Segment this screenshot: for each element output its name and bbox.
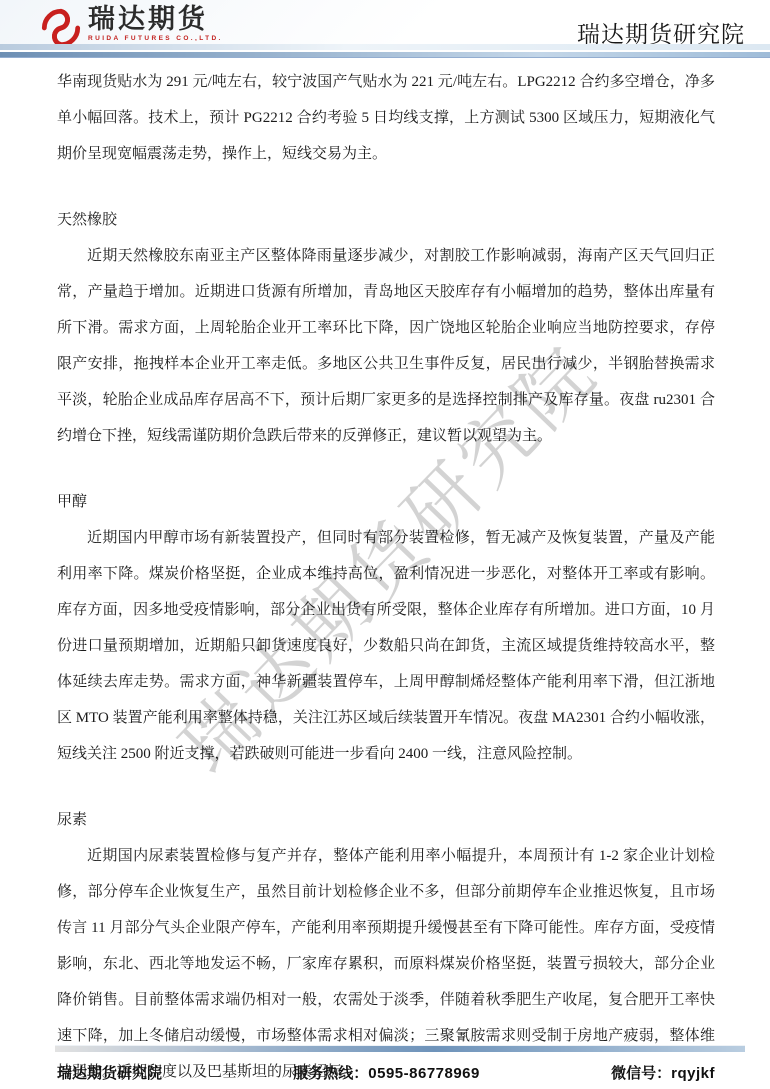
intro-paragraph: 华南现货贴水为 291 元/吨左右，较宁波国产气贴水为 221 元/吨左右。LP… xyxy=(57,64,715,172)
company-logo-icon xyxy=(40,7,82,49)
company-logo: 瑞达期货 RUIDA FUTURES CO.,LTD. xyxy=(40,5,223,49)
section-heading-methanol: 甲醇 xyxy=(57,484,715,520)
company-logo-name: 瑞达期货 xyxy=(88,5,223,33)
section-body-methanol: 近期国内甲醇市场有新装置投产，但同时有部分装置检修，暂无减产及恢复装置，产量及产… xyxy=(57,520,715,772)
header-divider xyxy=(0,44,770,58)
section-methanol: 甲醇 近期国内甲醇市场有新装置投产，但同时有部分装置检修，暂无减产及恢复装置，产… xyxy=(57,484,715,772)
section-natural-rubber: 天然橡胶 近期天然橡胶东南亚主产区整体降雨量逐步减少，对割胶工作影响减弱，海南产… xyxy=(57,202,715,454)
report-page: 瑞达期货 RUIDA FUTURES CO.,LTD. 瑞达期货研究院 瑞达期货… xyxy=(0,0,770,1089)
section-heading-urea: 尿素 xyxy=(57,802,715,838)
section-urea: 尿素 近期国内尿素装置检修与复产并存，整体产能利用率小幅提升，本周预计有 1-2… xyxy=(57,802,715,1089)
header-divider-bottom-band xyxy=(0,52,770,58)
report-body: 华南现货贴水为 291 元/吨左右，较宁波国产气贴水为 221 元/吨左右。LP… xyxy=(57,64,715,1089)
section-body-urea: 近期国内尿素装置检修与复产并存，整体产能利用率小幅提升，本周预计有 1-2 家企… xyxy=(57,838,715,1089)
section-body-natural-rubber: 近期天然橡胶东南亚主产区整体降雨量逐步减少，对割胶工作影响减弱，海南产区天气回归… xyxy=(57,238,715,454)
page-header: 瑞达期货 RUIDA FUTURES CO.,LTD. 瑞达期货研究院 xyxy=(0,0,770,44)
section-heading-natural-rubber: 天然橡胶 xyxy=(57,202,715,238)
company-logo-text-stack: 瑞达期货 RUIDA FUTURES CO.,LTD. xyxy=(88,5,223,42)
company-logo-subtext: RUIDA FUTURES CO.,LTD. xyxy=(88,35,223,42)
